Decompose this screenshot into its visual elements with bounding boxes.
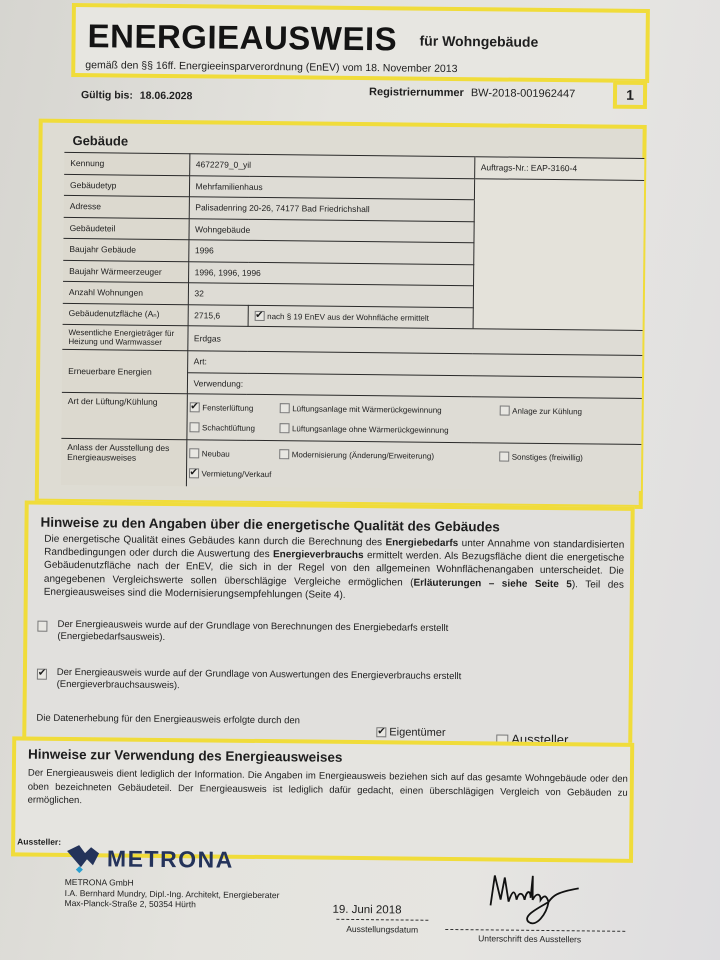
ventilation-options: Fensterlüftung Lüftungsanlage mit Wärmer…	[186, 394, 641, 445]
text-bold: Energiebedarfs	[385, 537, 458, 549]
ventilation-checkbox[interactable]	[189, 423, 199, 433]
ventilation-option-label: Lüftungsanlage mit Wärmerückgewinnung	[292, 404, 442, 415]
row-value: 1996	[188, 240, 473, 264]
signature-line	[445, 929, 625, 932]
signature-label: Unterschrift des Ausstellers	[478, 933, 581, 944]
building-table: Kennung 4672279_0_yil Auftrags-Nr.: EAP-…	[61, 152, 644, 491]
data-survey-label: Die Datenerhebung für den Energieausweis…	[36, 713, 300, 727]
quality-notes-text: Die energetische Qualität eines Gebäudes…	[44, 533, 625, 605]
occasion-option-label: Vermietung/Verkauf	[201, 469, 271, 479]
issuer-label: Aussteller:	[17, 836, 61, 846]
text-bold: Energieverbrauchs	[273, 549, 364, 561]
order-number: Auftrags-Nr.: EAP-3160-4	[474, 157, 644, 180]
ventilation-option-label: Schachtlüftung	[202, 423, 255, 433]
occasion-option-label: Modernisierung (Änderung/Erweiterung)	[292, 450, 434, 460]
ventilation-checkbox[interactable]	[189, 403, 199, 413]
energy-certificate-page: ENERGIEAUSWEIS für Wohngebäude gemäß den…	[0, 0, 720, 960]
metrona-logo: METRONA	[65, 843, 234, 875]
photo-area	[473, 178, 645, 330]
issuer-details: METRONA GmbH I.A. Bernhard Mundry, Dipl.…	[64, 877, 279, 911]
row-label: Anlass der Ausstellung des Energieauswei…	[61, 438, 186, 485]
table-row: Anlass der Ausstellung des Energieauswei…	[61, 438, 641, 490]
demand-certificate-checkbox[interactable]	[37, 621, 47, 632]
text-bold: Erläuterungen – siehe Seite 5	[413, 577, 571, 590]
row-value: 4672279_0_yil	[189, 154, 474, 178]
signature	[486, 869, 587, 930]
occasion-checkbox[interactable]	[279, 450, 289, 460]
quality-notes-title: Hinweise zu den Angaben über die energet…	[40, 515, 500, 535]
row-value: 32	[188, 283, 473, 307]
row-label: Gebäudenutzfläche (Aₙ)	[63, 303, 188, 326]
occasion-checkbox[interactable]	[188, 469, 198, 479]
row-label: Kennung	[64, 152, 189, 175]
row-value: 1996, 1996, 1996	[188, 261, 473, 285]
owner-label: Eigentümer	[389, 726, 445, 739]
valid-until: Gültig bis: 18.06.2028	[81, 89, 193, 102]
page-number: 1	[613, 81, 647, 109]
section-title: Gebäude	[72, 133, 128, 149]
area-value: 2715,6	[188, 304, 248, 326]
text-part: Die energetische Qualität eines Gebäudes…	[44, 534, 385, 549]
row-label: Baujahr Wärmeerzeuger	[63, 260, 188, 283]
owner-option: Eigentümer	[376, 726, 445, 739]
issue-date-label: Ausstellungsdatum	[346, 924, 418, 935]
row-label: Adresse	[64, 195, 189, 218]
row-value: Wohngebäude	[188, 218, 473, 242]
row-value: Mehrfamilienhaus	[189, 175, 474, 199]
ventilation-checkbox[interactable]	[279, 424, 289, 434]
legal-basis: gemäß den §§ 16ff. Energieeinsparverordn…	[85, 59, 457, 75]
occasion-option-label: Neubau	[202, 449, 230, 458]
valid-until-label: Gültig bis:	[81, 89, 133, 102]
row-label: Gebäudeteil	[63, 217, 188, 240]
area-method-checkbox[interactable]	[254, 311, 264, 321]
certificate-title: ENERGIEAUSWEIS	[87, 17, 397, 58]
cooling-checkbox[interactable]	[499, 406, 509, 416]
row-label: Wesentliche Energieträger für Heizung un…	[62, 324, 187, 350]
demand-certificate-option: Der Energieausweis wurde auf der Grundla…	[37, 619, 507, 647]
ventilation-option-label: Anlage zur Kühlung	[512, 406, 582, 416]
ventilation-checkbox[interactable]	[279, 404, 289, 414]
issue-date: 19. Juni 2018	[332, 904, 401, 917]
row-label: Anzahl Wohnungen	[63, 281, 188, 304]
ventilation-option-label: Fensterlüftung	[202, 403, 253, 413]
building-section: Gebäude Kennung 4672279_0_yil Auftrags-N…	[35, 119, 647, 509]
certificate-header: ENERGIEAUSWEIS für Wohngebäude gemäß den…	[71, 3, 650, 83]
registration-number: Registriernummer BW-2018-001962447	[369, 86, 575, 100]
registration-label: Registriernummer	[369, 86, 464, 99]
quality-notes-section: Hinweise zu den Angaben über die energet…	[22, 501, 635, 755]
occasion-checkbox[interactable]	[499, 452, 509, 462]
certificate-subtitle: für Wohngebäude	[419, 33, 538, 50]
date-line	[336, 919, 428, 921]
statement-text: Der Energieausweis wurde auf der Grundla…	[57, 619, 507, 647]
occasion-option-label: Sonstiges (freiwillig)	[512, 452, 583, 462]
row-label: Erneuerbare Energien	[62, 349, 187, 393]
row-label: Gebäudetyp	[64, 174, 189, 197]
usage-notes-text: Der Energieausweis dient lediglich der I…	[28, 767, 628, 814]
registration-value: BW-2018-001962447	[471, 87, 576, 100]
area-method-label: nach § 19 EnEV aus der Wohnfläche ermitt…	[267, 312, 429, 323]
valid-until-value: 18.06.2028	[140, 90, 193, 103]
row-value: Palisadenring 20-26, 74177 Bad Friedrich…	[189, 197, 474, 221]
statement-text: Der Energieausweis wurde auf der Grundla…	[57, 667, 517, 695]
table-row: Art der Lüftung/Kühlung Fensterlüftung L…	[61, 392, 641, 444]
usage-notes-title: Hinweise zur Verwendung des Energieauswe…	[28, 747, 343, 765]
row-label: Art der Lüftung/Kühlung	[61, 392, 186, 439]
consumption-certificate-option: Der Energieausweis wurde auf der Grundla…	[37, 667, 517, 695]
ventilation-option-label: Lüftungsanlage ohne Wärmerückgewinnung	[292, 424, 449, 435]
owner-checkbox[interactable]	[376, 727, 386, 737]
occasion-options: Neubau Modernisierung (Änderung/Erweiter…	[186, 440, 641, 491]
brand-name: METRONA	[107, 845, 234, 873]
consumption-certificate-checkbox[interactable]	[37, 669, 47, 680]
area-method: nach § 19 EnEV aus der Wohnfläche ermitt…	[248, 305, 473, 329]
row-label: Baujahr Gebäude	[63, 238, 188, 261]
occasion-checkbox[interactable]	[189, 449, 199, 459]
metrona-logo-icon	[65, 843, 101, 873]
